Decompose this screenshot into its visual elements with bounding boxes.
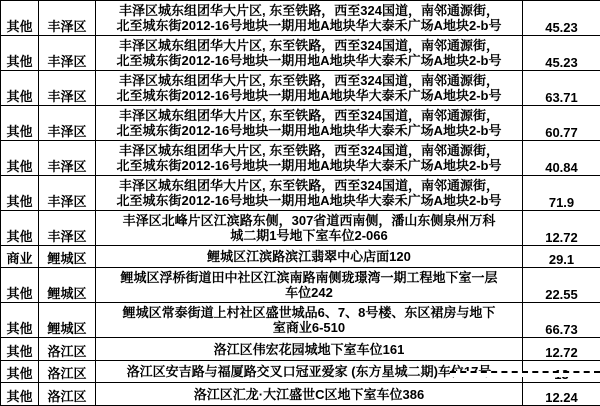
category-cell[interactable]: 其他 <box>1 105 39 140</box>
value-cell[interactable]: 12.72 <box>523 338 600 361</box>
category-cell[interactable]: 其他 <box>1 70 39 105</box>
description-cell[interactable]: 丰泽区城东组团华大片区, 东至铁路，西至324国道，南邻通源街， 北至城东街20… <box>96 140 523 175</box>
description-cell[interactable]: 丰泽区城东组团华大片区, 东至铁路，西至324国道，南邻通源街， 北至城东街20… <box>96 1 523 36</box>
description-cell[interactable]: 洛江区安吉路与福厦路交叉口冠亚爱家 (东方星城二期)车位17号 <box>96 360 523 383</box>
description-cell[interactable]: 丰泽区城东组团华大片区, 东至铁路，西至324国道，南邻通源街， 北至城东街20… <box>96 35 523 70</box>
district-cell[interactable]: 鲤城区 <box>39 245 96 268</box>
description-cell[interactable]: 鲤城区江滨路滨江翡翠中心店面120 <box>96 245 523 268</box>
category-cell[interactable]: 其他 <box>1 360 39 383</box>
table-row: 其他丰泽区丰泽区城东组团华大片区, 东至铁路，西至324国道，南邻通源街， 北至… <box>1 140 600 175</box>
category-cell[interactable]: 其他 <box>1 383 39 406</box>
category-cell[interactable]: 其他 <box>1 210 39 245</box>
table-body: 其他丰泽区丰泽区城东组团华大片区, 东至铁路，西至324国道，南邻通源街， 北至… <box>1 1 600 406</box>
district-cell[interactable]: 洛江区 <box>39 338 96 361</box>
district-cell[interactable]: 丰泽区 <box>39 105 96 140</box>
category-cell[interactable]: 其他 <box>1 35 39 70</box>
description-cell[interactable]: 丰泽区北峰片区江滨路东侧，307省道西南侧，潘山东侧泉州万科 城二期1号地下室车… <box>96 210 523 245</box>
category-cell[interactable]: 其他 <box>1 303 39 338</box>
district-cell[interactable]: 丰泽区 <box>39 1 96 36</box>
district-cell[interactable]: 鲤城区 <box>39 268 96 303</box>
description-cell[interactable]: 鲤城区浮桥街道田中社区江滨南路南侧珑璟湾一期工程地下室一层 车位242 <box>96 268 523 303</box>
district-cell[interactable]: 丰泽区 <box>39 210 96 245</box>
value-cell[interactable]: 45.23 <box>523 1 600 36</box>
table-row: 其他丰泽区丰泽区城东组团华大片区, 东至铁路，西至324国道，南邻通源街， 北至… <box>1 105 600 140</box>
description-cell[interactable]: 丰泽区城东组团华大片区, 东至铁路，西至324国道，南邻通源街， 北至城东街20… <box>96 105 523 140</box>
table-row: 其他丰泽区丰泽区城东组团华大片区, 东至铁路，西至324国道，南邻通源街， 北至… <box>1 1 600 36</box>
property-listing-table: 其他丰泽区丰泽区城东组团华大片区, 东至铁路，西至324国道，南邻通源街， 北至… <box>0 0 600 406</box>
description-cell[interactable]: 洛江区伟宏花园城地下室车位161 <box>96 338 523 361</box>
table-row: 其他洛江区洛江区伟宏花园城地下室车位16112.72 <box>1 338 600 361</box>
category-cell[interactable]: 其他 <box>1 268 39 303</box>
value-cell[interactable]: 12.24 <box>523 383 600 406</box>
table-row: 商业鲤城区鲤城区江滨路滨江翡翠中心店面12029.1 <box>1 245 600 268</box>
value-cell[interactable]: 60.77 <box>523 105 600 140</box>
table-row: 其他丰泽区丰泽区城东组团华大片区, 东至铁路，西至324国道，南邻通源街， 北至… <box>1 70 600 105</box>
spreadsheet-view: 其他丰泽区丰泽区城东组团华大片区, 东至铁路，西至324国道，南邻通源街， 北至… <box>0 0 600 406</box>
table-row: 其他丰泽区丰泽区城东组团华大片区, 东至铁路，西至324国道，南邻通源街， 北至… <box>1 175 600 210</box>
value-cell[interactable]: 40.84 <box>523 140 600 175</box>
table-row: 其他丰泽区丰泽区北峰片区江滨路东侧，307省道西南侧，潘山东侧泉州万科 城二期1… <box>1 210 600 245</box>
district-cell[interactable]: 丰泽区 <box>39 35 96 70</box>
description-cell[interactable]: 鲤城区常泰街道上村社区盛世城品6、7、8号楼、东区裙房与地下 室商业6-510 <box>96 303 523 338</box>
district-cell[interactable]: 丰泽区 <box>39 70 96 105</box>
category-cell[interactable]: 商业 <box>1 245 39 268</box>
value-cell[interactable]: 66.73 <box>523 303 600 338</box>
value-cell[interactable]: 13 <box>523 360 600 383</box>
table-row: 其他鲤城区鲤城区浮桥街道田中社区江滨南路南侧珑璟湾一期工程地下室一层 车位242… <box>1 268 600 303</box>
value-cell[interactable]: 45.23 <box>523 35 600 70</box>
category-cell[interactable]: 其他 <box>1 175 39 210</box>
district-cell[interactable]: 洛江区 <box>39 360 96 383</box>
district-cell[interactable]: 洛江区 <box>39 383 96 406</box>
table-row: 其他洛江区洛江区安吉路与福厦路交叉口冠亚爱家 (东方星城二期)车位17号13 <box>1 360 600 383</box>
category-cell[interactable]: 其他 <box>1 1 39 36</box>
value-cell[interactable]: 22.55 <box>523 268 600 303</box>
value-cell[interactable]: 29.1 <box>523 245 600 268</box>
category-cell[interactable]: 其他 <box>1 140 39 175</box>
table-row: 其他鲤城区鲤城区常泰街道上村社区盛世城品6、7、8号楼、东区裙房与地下 室商业6… <box>1 303 600 338</box>
value-cell[interactable]: 63.71 <box>523 70 600 105</box>
value-cell[interactable]: 12.72 <box>523 210 600 245</box>
district-cell[interactable]: 丰泽区 <box>39 140 96 175</box>
description-cell[interactable]: 丰泽区城东组团华大片区, 东至铁路，西至324国道，南邻通源街， 北至城东街20… <box>96 175 523 210</box>
description-cell[interactable]: 洛江区汇龙·大江盛世C区地下室车位386 <box>96 383 523 406</box>
description-cell[interactable]: 丰泽区城东组团华大片区, 东至铁路，西至324国道，南邻通源街， 北至城东街20… <box>96 70 523 105</box>
table-row: 其他丰泽区丰泽区城东组团华大片区, 东至铁路，西至324国道，南邻通源街， 北至… <box>1 35 600 70</box>
district-cell[interactable]: 鲤城区 <box>39 303 96 338</box>
category-cell[interactable]: 其他 <box>1 338 39 361</box>
table-row: 其他洛江区洛江区汇龙·大江盛世C区地下室车位38612.24 <box>1 383 600 406</box>
district-cell[interactable]: 丰泽区 <box>39 175 96 210</box>
value-cell[interactable]: 71.9 <box>523 175 600 210</box>
